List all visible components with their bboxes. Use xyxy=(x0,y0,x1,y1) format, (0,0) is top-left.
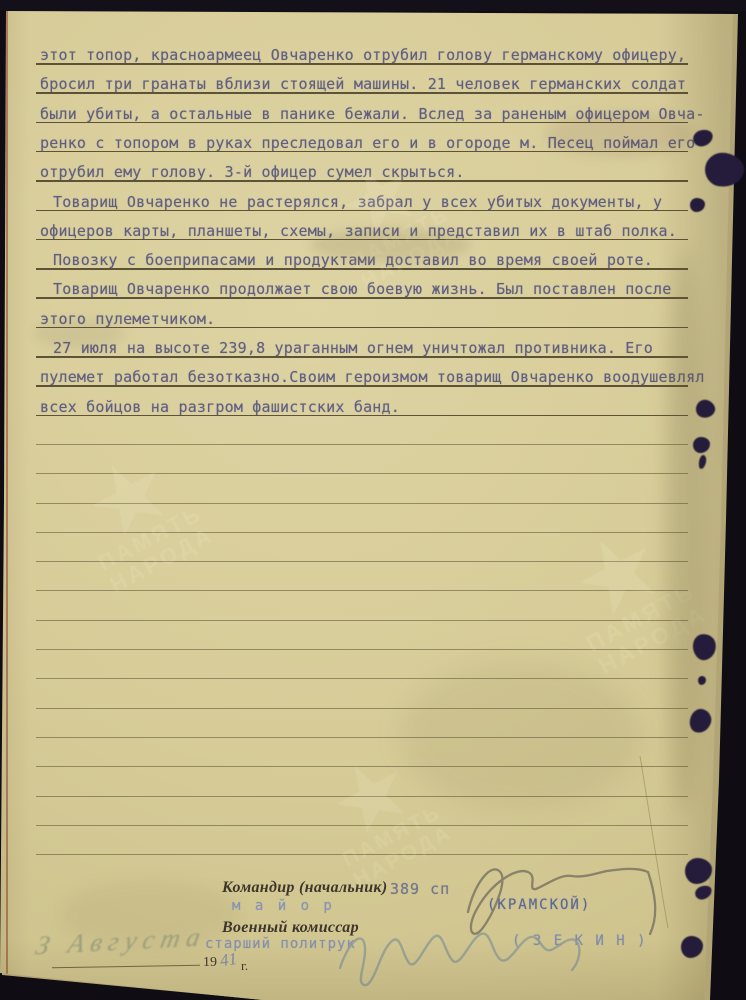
ruled-line xyxy=(36,737,688,738)
commissar-label: Военный комиссар xyxy=(222,919,359,937)
typed-line-3: были убиты, а остальные в панике бежали.… xyxy=(40,105,705,123)
typed-line-11: 27 июля на высоте 239,8 ураганным огнем … xyxy=(40,339,653,357)
watermark: ★ПАМЯТЬНАРОДА xyxy=(513,495,746,698)
date-underline xyxy=(52,965,200,969)
crease-line xyxy=(640,756,668,928)
typed-line-1: этот топор, красноармеец Овчаренко отруб… xyxy=(40,46,686,64)
commander-name: (КРАМСКОЙ) xyxy=(487,897,591,913)
binding-edge-line xyxy=(6,11,8,1000)
typed-line-12: пулемет работал безотказно.Своим героизм… xyxy=(40,368,705,386)
date-suffix: г. xyxy=(241,958,248,974)
watermark: ★ПАМЯТЬНАРОДА xyxy=(29,422,252,616)
photo-frame-top xyxy=(0,0,746,11)
typed-line-2: бросил три гранаты вблизи стоящей машины… xyxy=(40,75,686,93)
ruled-line xyxy=(36,708,688,709)
typed-line-13: всех бойцов на разгром фашистских банд. xyxy=(40,398,400,416)
commander-label: Командир (начальник) xyxy=(222,879,387,897)
document-page: 68 этот топор, красноармеец Овчаренко от… xyxy=(0,0,746,1000)
date-year-handwritten: 41 xyxy=(219,949,239,971)
commander-unit: 389 сп xyxy=(390,880,450,898)
scanned-document-photo: 68 этот топор, красноармеец Овчаренко от… xyxy=(0,0,746,1000)
handwritten-date: З Августа xyxy=(33,921,209,961)
commissar-name: ( З Е К И Н ) xyxy=(512,933,648,949)
typed-line-10: этого пулеметчиком. xyxy=(40,310,215,328)
typed-line-4: ренко с топором в руках преследовал его … xyxy=(40,134,695,152)
date-prefix: 19 xyxy=(203,955,217,971)
commander-rank: м а й о р xyxy=(232,898,335,914)
